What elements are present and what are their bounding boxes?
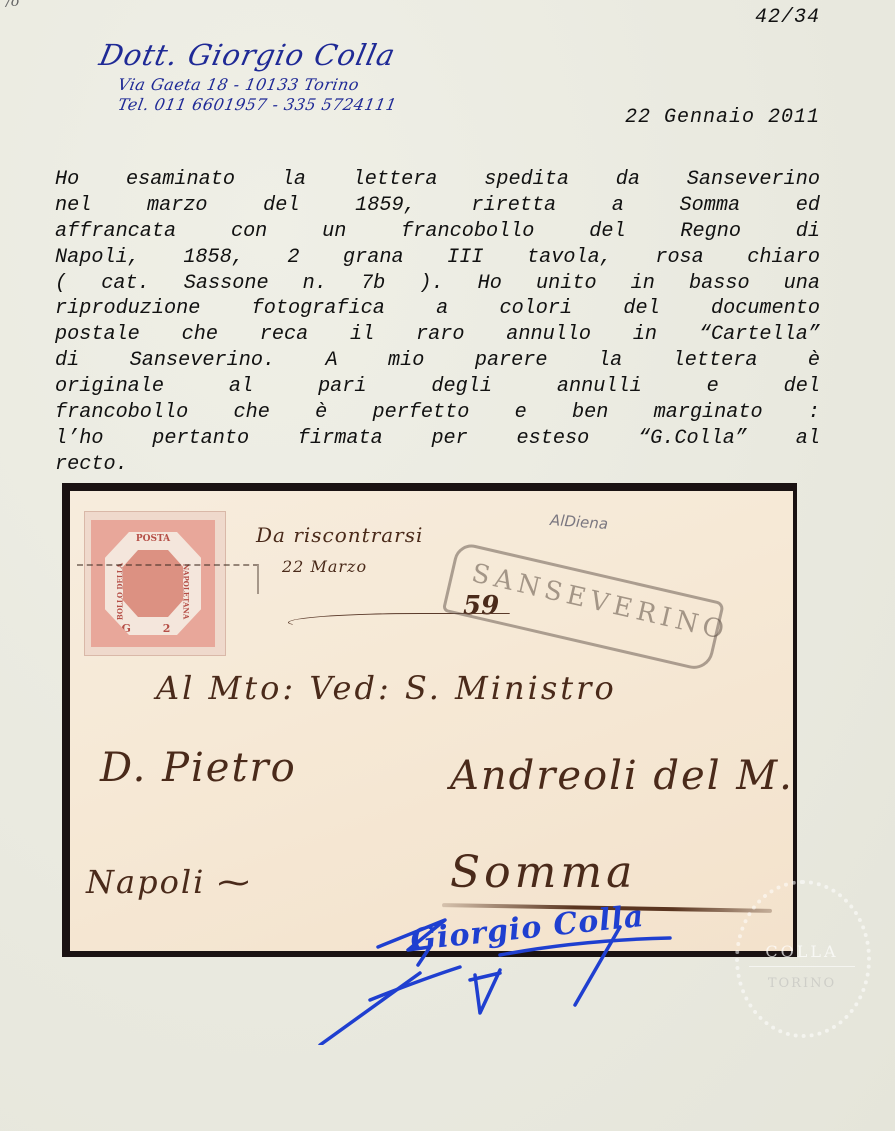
- letter-photo: POSTA BOLLO DELLA NAPOLETANA G 2 Da risc…: [62, 483, 797, 957]
- certificate-line: recto.: [55, 452, 820, 478]
- certificate-line: affrancata con un francobollo del Regno …: [55, 219, 820, 245]
- blindstamp-bottom-text: TORINO: [747, 976, 857, 991]
- address-line-2b: Andreoli del M.: [450, 753, 793, 799]
- page-reference: 42/34: [755, 6, 820, 29]
- manuscript-note: Da riscontrarsi: [256, 523, 423, 547]
- certificate-line: postale che reca il raro annullo in “Car…: [55, 322, 820, 348]
- blindstamp-top-text: COLLA: [747, 942, 857, 961]
- cartella-postmark: SANSEVERINO: [442, 541, 725, 673]
- address-line-3a: Napoli ⁓: [86, 863, 251, 901]
- certificate-line: riproduzione fotografica a colori del do…: [55, 296, 820, 322]
- certificate-line: Napoli, 1858, 2 grana III tavola, rosa c…: [55, 245, 820, 271]
- expert-signature: Giorgio Colla: [300, 905, 680, 1045]
- address-line-3b: Somma: [450, 847, 636, 898]
- certificate-line: francobollo che è perfetto e ben margina…: [55, 400, 820, 426]
- letterhead-address: Via Gaeta 18 - 10133 Torino: [116, 75, 398, 95]
- certificate-line: originale al pari degli annulli e del: [55, 374, 820, 400]
- certificate-line: l’ho pertanto firmata per esteso “G.Coll…: [55, 426, 820, 452]
- postage-stamp: POSTA BOLLO DELLA NAPOLETANA G 2: [84, 511, 226, 656]
- letterhead-phone: Tel. 011 6601957 - 335 5724111: [116, 95, 398, 115]
- certificate-line: nel marzo del 1859, riretta a Somma ed: [55, 193, 820, 219]
- corner-mark: /ô: [6, 0, 19, 10]
- certificate-date: 22 Gennaio 2011: [625, 106, 820, 129]
- blindstamp-seal: COLLA TORINO: [735, 880, 871, 1038]
- certificate-line: ( cat. Sassone n. 7b ). Ho unito in bass…: [55, 271, 820, 297]
- letterhead: Dott. Giorgio Colla Via Gaeta 18 - 10133…: [96, 38, 397, 115]
- stamp-top-text: POSTA: [105, 534, 201, 544]
- postmark-text: SANSEVERINO: [469, 558, 732, 646]
- letterhead-name: Dott. Giorgio Colla: [96, 38, 400, 72]
- address-line-2a: D. Pietro: [100, 745, 297, 791]
- certificate-text: Ho esaminato la lettera spedita da Sanse…: [55, 167, 820, 478]
- cancellation-mark: [77, 564, 259, 594]
- pencil-initials: AlDiena: [549, 511, 608, 533]
- stamp-value: G 2: [105, 622, 201, 635]
- manuscript-date: 22 Marzo: [282, 557, 367, 576]
- letter-paper: POSTA BOLLO DELLA NAPOLETANA G 2 Da risc…: [70, 491, 793, 951]
- address-line-1: Al Mto: Ved: S. Ministro: [156, 669, 617, 707]
- certificate-line: di Sanseverino. A mio parere la lettera …: [55, 348, 820, 374]
- certificate-line: Ho esaminato la lettera spedita da Sanse…: [55, 167, 820, 193]
